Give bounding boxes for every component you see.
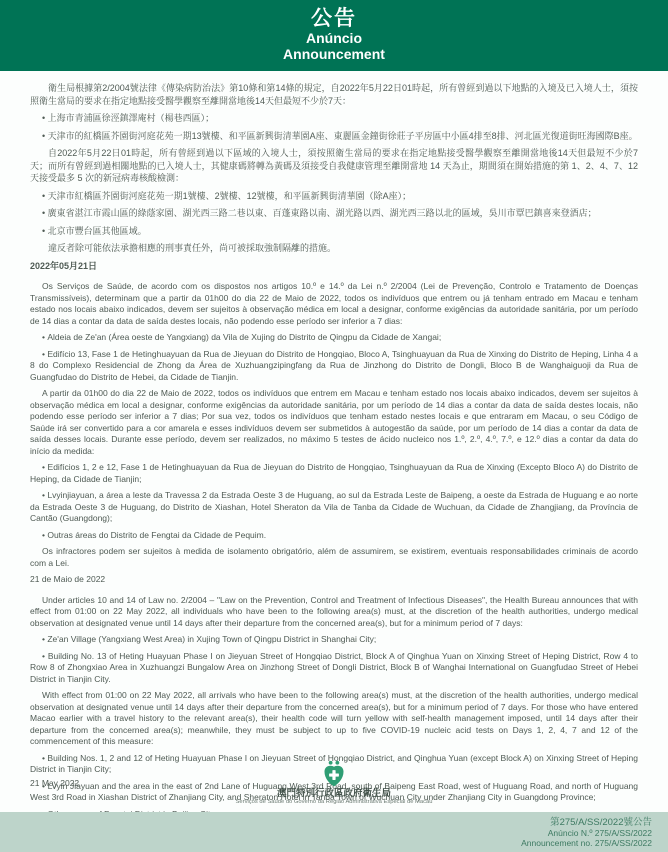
org-name-zh: 澳門特別行政區政府衛生局 (30, 788, 638, 799)
section-portuguese: Os Serviços de Saúde, de acordo com os d… (30, 281, 638, 586)
zh-date: 2022年05月21日 (30, 260, 638, 273)
en-paragraph-2: With effect from 01:00 on 22 May 2022, a… (30, 690, 638, 748)
pt-bullet-tianjin: Edifício 13, Fase 1 de Hetinghuayuan da … (30, 349, 638, 384)
health-bureau-logo-icon (319, 760, 349, 787)
zh-bullet-tianjin-2: 天津市紅橋區芥園街河庭花苑一期1號樓、2號樓、12號樓，和平區新興街清華園（除A… (30, 190, 638, 203)
org-name-pt: Serviços de Saúde do Governo da Região A… (30, 799, 638, 806)
reference-number-pt: Anúncio N.º 275/A/SS/2022 (0, 828, 652, 838)
en-bullet-shanghai: Ze'an Village (Yangxiang West Area) in X… (30, 634, 638, 646)
footer: 21 May 2022 澳門特別行政區政府衛生局 Serviços de Saú… (30, 756, 638, 806)
reference-number-en: Announcement no. 275/A/SS/2022 (0, 838, 652, 848)
pt-paragraph-1: Os Serviços de Saúde, de acordo com os d… (30, 281, 638, 327)
header-banner: 公告 Anúncio Announcement (0, 0, 668, 71)
zh-violation-note: 違反者除可能依法承擔相應的刑事責任外，尚可被採取強制隔離的措施。 (30, 242, 638, 255)
zh-paragraph-1: 衛生局根據第2/2004號法律《傳染病防治法》第10條和第14條的規定，自202… (30, 82, 638, 107)
pt-bullet-tianjin-2: Edifícios 1, 2 e 12, Fase 1 de Hetinghua… (30, 462, 638, 485)
zh-paragraph-2: 自2022年5月22日01時起，所有曾經到過以下區域的入境人士，須按照衛生當局的… (30, 147, 638, 185)
en-paragraph-1: Under articles 10 and 14 of Law no. 2/20… (30, 595, 638, 630)
page-title-pt: Anúncio (0, 30, 668, 46)
zh-bullet-tianjin: 天津市的紅橋區芥園街河庭花苑一期13號樓、和平區新興街清華園A座、東麗區金鐘街徐… (30, 130, 638, 143)
pt-bullet-guangdong: Lvyinjiayuan, a área a leste da Travessa… (30, 490, 638, 525)
announcement-page: 公告 Anúncio Announcement 衛生局根據第2/2004號法律《… (0, 0, 668, 852)
zh-bullet-shanghai: 上海市青浦區徐涇鎮澤庵村（楊巷西區）； (30, 112, 638, 125)
reference-band: 第275/A/SS/2022號公告 Anúncio N.º 275/A/SS/2… (0, 812, 668, 852)
page-title-en: Announcement (0, 46, 668, 62)
pt-violation-note: Os infractores podem ser sujeitos à medi… (30, 546, 638, 569)
section-chinese: 衛生局根據第2/2004號法律《傳染病防治法》第10條和第14條的規定，自202… (30, 82, 638, 272)
en-bullet-tianjin: Building No. 13 of Heting Huayuan Phase … (30, 651, 638, 686)
zh-bullet-beijing: 北京市豐台區其他區域。 (30, 225, 638, 238)
zh-bullet-guangdong: 廣東省湛江市霞山區的綠蔭家園、湖光西三路二巷以東、百蓬東路以南、湖光路以西、湖光… (30, 207, 638, 220)
pt-date: 21 de Maio de 2022 (30, 574, 638, 586)
page-title-zh: 公告 (0, 7, 668, 30)
pt-paragraph-2: A partir da 01h00 do dia 22 de Maio de 2… (30, 388, 638, 457)
reference-number-zh: 第275/A/SS/2022號公告 (0, 817, 652, 828)
pt-bullet-beijing: Outras áreas do Distrito de Fengtai da C… (30, 530, 638, 542)
health-bureau-signature: 澳門特別行政區政府衛生局 Serviços de Saúde do Govern… (30, 760, 638, 806)
pt-bullet-shanghai: Aldeia de Ze'an (Área oeste de Yangxiang… (30, 332, 638, 344)
document-body: 衛生局根據第2/2004號法律《傳染病防治法》第10條和第14條的規定，自202… (0, 71, 668, 837)
